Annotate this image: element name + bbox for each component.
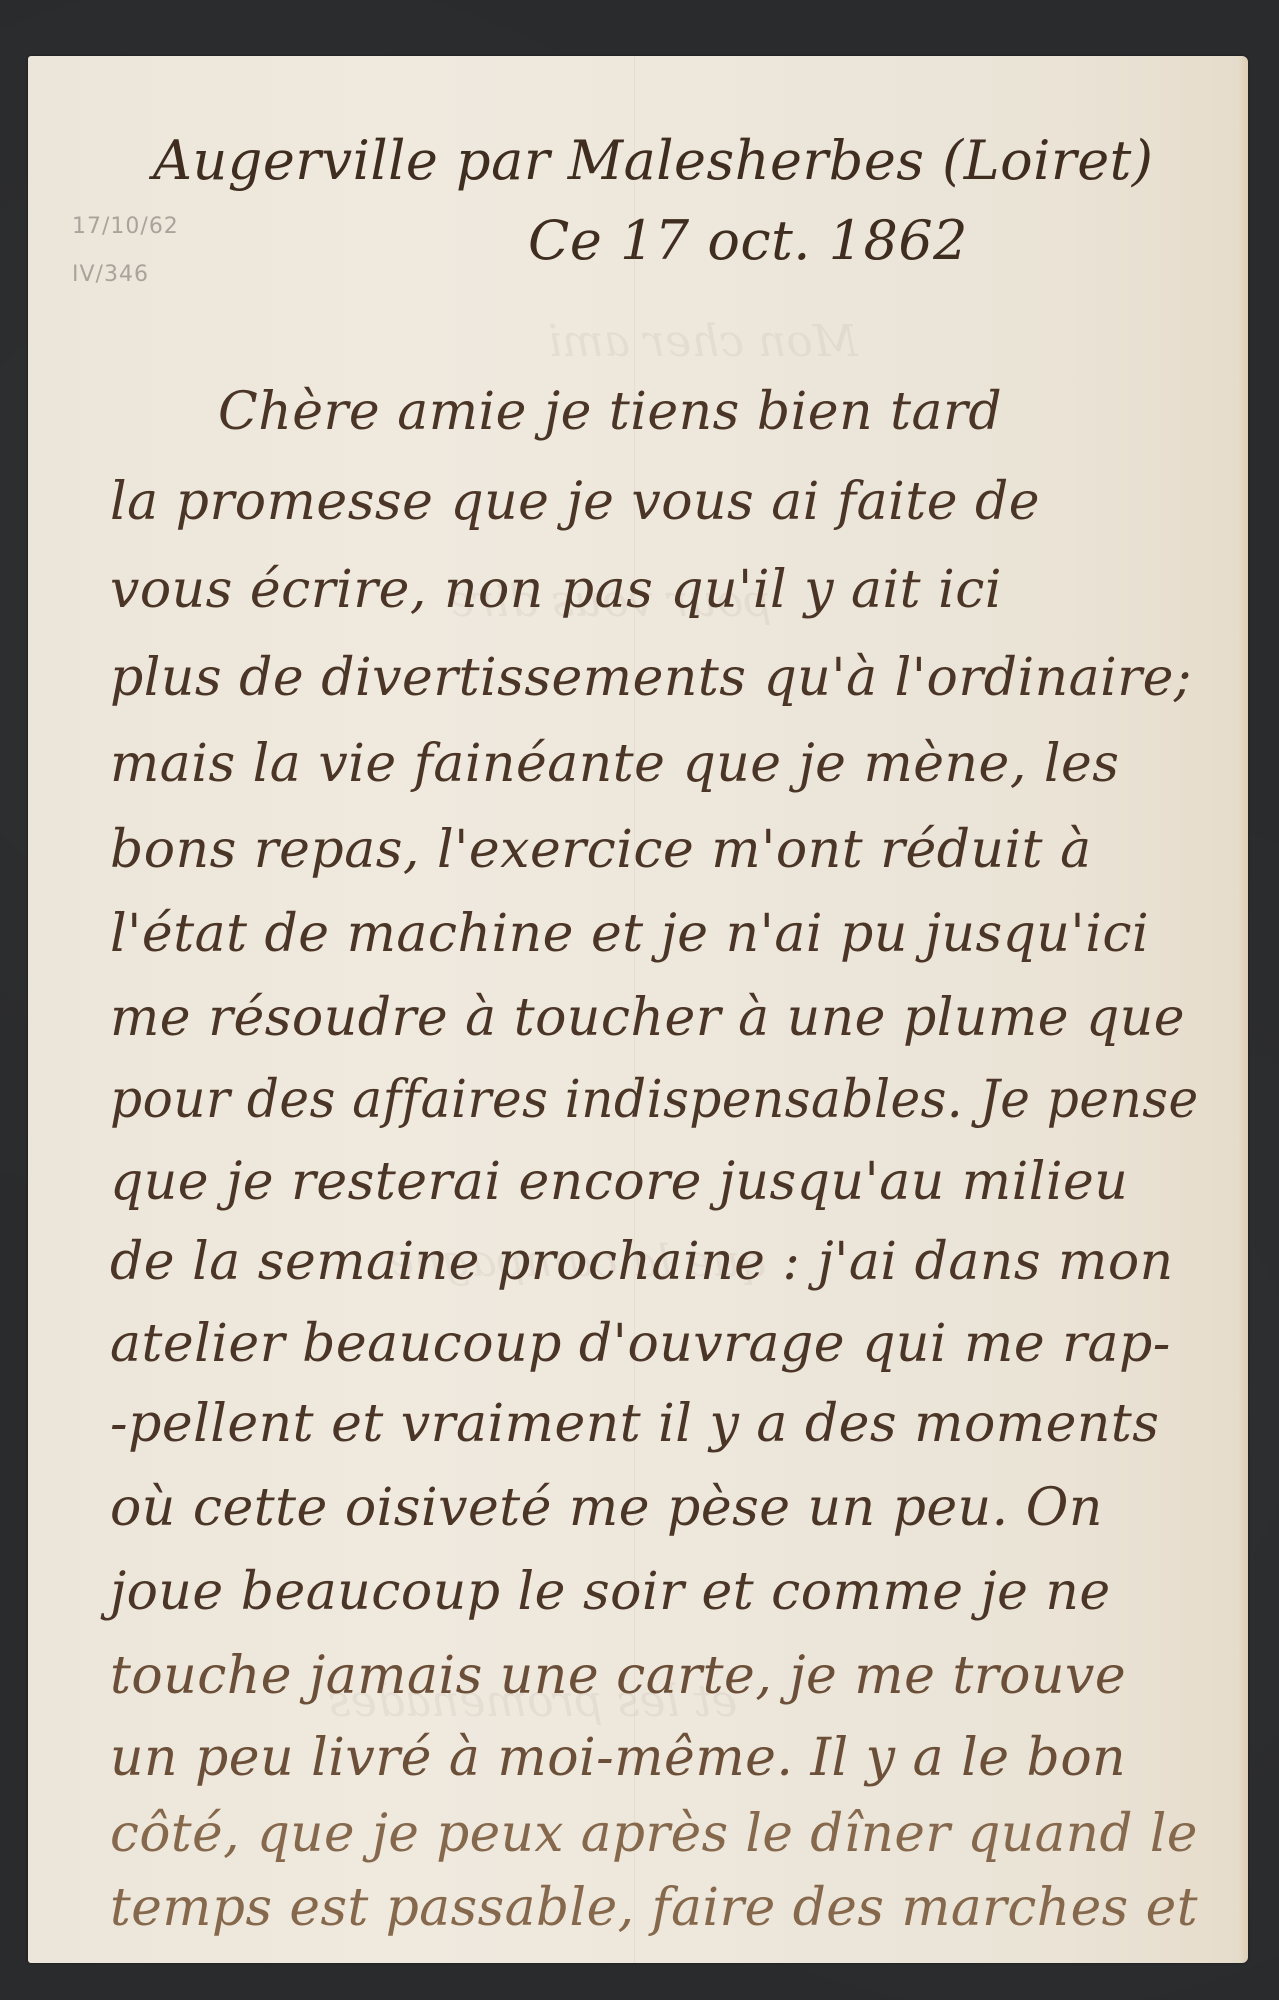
letter-body-line: que je resterai encore jusqu'au milieu [110, 1156, 1128, 1208]
letter-body-line: un peu livré à moi-même. Il y a le bon [110, 1732, 1126, 1784]
letter-body-line: bons repas, l'exercice m'ont réduit à [110, 824, 1092, 876]
archival-reference-note: IV/346 [72, 264, 149, 286]
paper-edge [1238, 56, 1248, 1963]
archival-date-note: 17/10/62 [72, 216, 179, 238]
letter-date-heading: Ce 17 oct. 1862 [528, 214, 968, 268]
letter-body-line: où cette oisiveté me pèse un peu. On [110, 1482, 1103, 1534]
letter-body-line: me résoudre à toucher à une plume que [110, 992, 1185, 1044]
letter-body-line: -pellent et vraiment il y a des moments [110, 1398, 1159, 1450]
letter-body-line: mais la vie fainéante que je mène, les [110, 738, 1119, 790]
letter-body-line: atelier beaucoup d'ouvrage qui me rap- [110, 1318, 1171, 1370]
letter-body-line: Chère amie je tiens bien tard [218, 386, 1002, 438]
letter-body-line: l'état de machine et je n'ai pu jusqu'ic… [110, 908, 1149, 960]
show-through-ink: Mon cher ami [548, 316, 858, 367]
letter-body-line: plus de divertissements qu'à l'ordinaire… [110, 652, 1192, 704]
letter-sheet: Mon cher ami pour vous dire que la campa… [28, 56, 1248, 1963]
letter-body-line: la promesse que je vous ai faite de [110, 476, 1040, 528]
letter-body-line: vous écrire, non pas qu'il y ait ici [110, 564, 1002, 616]
letter-place-heading: Augerville par Malesherbes (Loiret) [153, 134, 1153, 188]
letter-body-line: pour des affaires indispensables. Je pen… [110, 1074, 1199, 1126]
letter-body-line: côté, que je peux après le dîner quand l… [110, 1808, 1198, 1860]
letter-body-line: temps est passable, faire des marches et [110, 1882, 1198, 1934]
letter-body-line: de la semaine prochaine : j'ai dans mon [110, 1236, 1174, 1288]
letter-body-line: touche jamais une carte, je me trouve [110, 1650, 1126, 1702]
letter-body-line: joue beaucoup le soir et comme je ne [110, 1566, 1111, 1618]
